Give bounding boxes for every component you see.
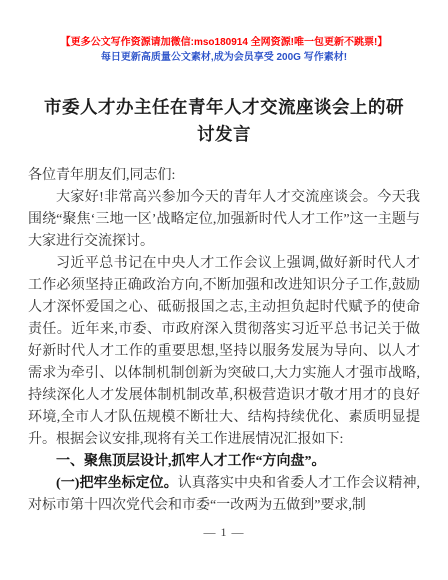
section-heading-one: 一、聚焦顶层设计,抓牢人才工作“方向盘”。: [28, 451, 420, 473]
document-title: 市委人才办主任在青年人才交流座谈会上的研讨发言: [42, 94, 406, 148]
promo-banner-line-1: 【更多公文写作资源请加微信:mso180914 全网资源!唯一包更新不跳票!】: [0, 36, 448, 49]
paragraph-background: 习近平总书记在中央人才工作会议上强调,做好新时代人才工作必须坚持正确政治方向,不…: [28, 253, 420, 451]
subsection-paragraph: (一)把牢坐标定位。认真落实中央和省委人才工作会议精神,对标市第十四次党代会和市…: [28, 473, 420, 517]
promo-banner-line-2: 每日更新高质量公文素材,成为会员享受 200G 写作素材!: [0, 51, 448, 64]
paragraph-intro: 大家好!非常高兴参加今天的青年人才交流座谈会。今天我围绕“聚焦‘三地一区’战略定…: [28, 187, 420, 253]
promo-banner: 【更多公文写作资源请加微信:mso180914 全网资源!唯一包更新不跳票!】 …: [0, 0, 448, 64]
salutation-line: 各位青年朋友们,同志们:: [28, 165, 420, 187]
document-body: 各位青年朋友们,同志们: 大家好!非常高兴参加今天的青年人才交流座谈会。今天我围…: [28, 165, 420, 517]
page-number: — 1 —: [0, 525, 448, 540]
document-page: 【更多公文写作资源请加微信:mso180914 全网资源!唯一包更新不跳票!】 …: [0, 0, 448, 580]
subsection-lead: (一)把牢坐标定位。: [56, 476, 178, 491]
